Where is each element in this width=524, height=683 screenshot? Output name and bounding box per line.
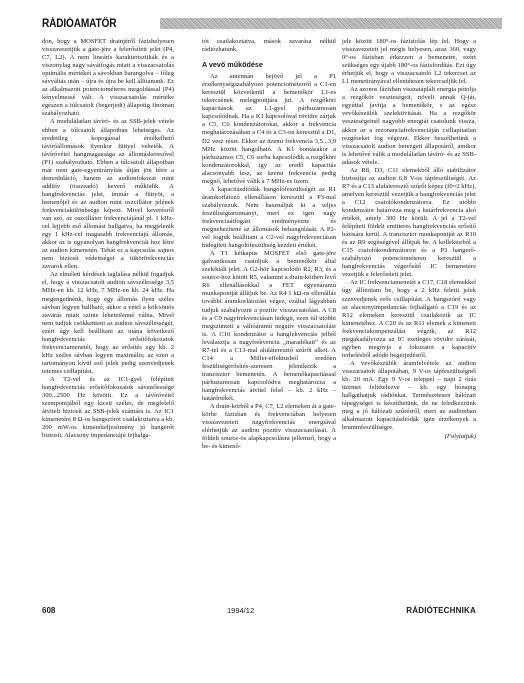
page-number: 608 bbox=[42, 606, 55, 615]
journal-name: RÁDIÓTECHNIKA bbox=[406, 606, 476, 615]
paragraph: jele között 180°-os fázistolás lép fel. … bbox=[342, 38, 476, 86]
column-3: jele között 180°-os fázistolás lép fel. … bbox=[342, 38, 476, 441]
column-2: tót csatlakoztatva, mások zavarása nélkü… bbox=[202, 38, 336, 451]
paragraph: Az azonos fázisban visszatáplált energia… bbox=[342, 86, 476, 166]
paragraph: A vevőkészülék áramfelvétele az audion v… bbox=[342, 360, 476, 432]
continued-note: (Folytatjuk) bbox=[342, 433, 476, 441]
paragraph: A T1 kétkapus MOSFET első gate-jére galv… bbox=[202, 250, 336, 403]
page-footer: 608 1994/12 RÁDIÓTECHNIKA bbox=[42, 606, 476, 618]
paragraph: Az IC frekvenciamenetét a C17, C18 eleme… bbox=[342, 279, 476, 359]
paragraph: A T2-vel és az IC1-gyel felépített hangf… bbox=[42, 376, 174, 440]
page-header: RÁDIÓAMATŐR bbox=[42, 17, 502, 31]
paragraph: Az antennán bejövő jel a P1 érzékenységs… bbox=[202, 73, 336, 186]
issue-number: 1994/12 bbox=[227, 606, 254, 615]
column-1: don, hogy a MOSFET drainjéről fázishelye… bbox=[42, 38, 174, 440]
paragraph: tót csatlakoztatva, mások zavarása nélkü… bbox=[202, 38, 336, 54]
magazine-title: RÁDIÓAMATŐR bbox=[42, 18, 116, 30]
paragraph: don, hogy a MOSFET drainjéről fázishelye… bbox=[42, 38, 174, 118]
paragraph: A drain-körből a P4, C7, L2 elemeken át … bbox=[202, 403, 336, 451]
paragraph: A kapacitásdiódák hangolófeszültségét az… bbox=[202, 186, 336, 250]
paragraph: A modulálatlan távíró- és az SSB-jelek v… bbox=[42, 118, 174, 271]
paragraph: Az elméleti kérdések taglalása nélkül fo… bbox=[42, 271, 174, 376]
section-heading: A vevő működése bbox=[202, 61, 336, 69]
paragraph: Az R8, D3, C11 elemekből álló stabilizát… bbox=[342, 167, 476, 280]
header-gray-bar bbox=[160, 18, 502, 29]
